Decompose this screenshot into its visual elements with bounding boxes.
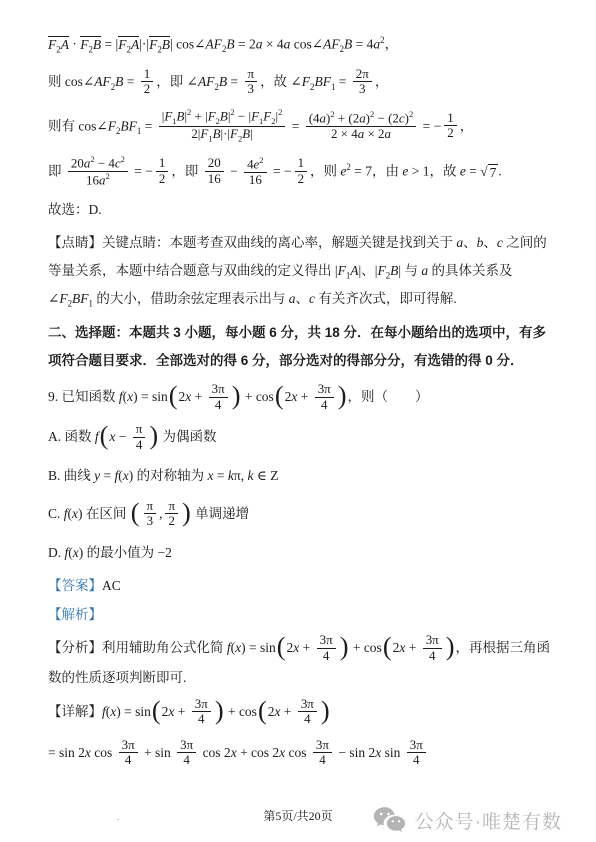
wechat-watermark: 公众号·唯楚有数 <box>373 806 562 834</box>
wechat-icon <box>373 806 406 834</box>
option-a: A. 函数 f(x − π4) 为偶函数 <box>48 423 554 453</box>
answer-line: 【答案】AC <box>48 576 554 596</box>
watermark-text: 公众号·唯楚有数 <box>415 807 562 834</box>
analysis-paragraph: 【分析】利用辅助角公式化简 f(x) = sin(2x + 3π4) + cos… <box>48 634 554 692</box>
solution-step-4: 即 20a2 − 4c216a2 = −12，即 2016 − 4e216 = … <box>48 156 554 189</box>
answer-value: AC <box>102 578 121 593</box>
option-c: C. f(x) 在区间 (π3,π2) 单调递增 <box>48 500 554 530</box>
page-content: F2A · F2B = |F2A|·|F2B| cos∠AF2B = 2a × … <box>0 0 596 769</box>
question-9-stem: 9. 已知函数 f(x) = sin(2x + 3π4) + cos(2x + … <box>48 383 554 413</box>
option-b: B. 曲线 y = f(x) 的对称轴为 x = kπ, k ∈ Z <box>48 466 554 486</box>
answer-choice-line: 故选：D. <box>48 200 554 220</box>
detail-step-1: 【详解】f(x) = sin(2x + 3π4) + cos(2x + 3π4) <box>48 698 554 728</box>
detail-step-2: = sin 2x cos 3π4 + sin 3π4 cos 2x + cos … <box>48 739 554 769</box>
solution-step-2: 则 cos∠AF2B = 12，即 ∠AF2B = π3，故 ∠F2BF1 = … <box>48 68 554 98</box>
solution-step-3: 则有 cos∠F2BF1 = |F1B|2 + |F2B|2 − |F1F2|2… <box>48 109 554 146</box>
jiexi-line: 【解析】 <box>48 605 554 625</box>
key-remark-paragraph: 【点睛】关键点睛：本题考查双曲线的离心率，解题关键是找到关于 a、b、c 之间的… <box>48 229 554 313</box>
option-d: D. f(x) 的最小值为 −2 <box>48 543 554 563</box>
document-page: F2A · F2B = |F2A|·|F2B| cos∠AF2B = 2a × … <box>0 0 596 842</box>
answer-tag: 【答案】 <box>48 578 102 593</box>
jiexi-tag: 【解析】 <box>48 607 102 622</box>
solution-step-1: F2A · F2B = |F2A|·|F2B| cos∠AF2B = 2a × … <box>48 34 554 57</box>
section-2-heading: 二、选择题：本题共 3 小题，每小题 6 分，共 18 分．在每小题给出的选项中… <box>48 319 554 376</box>
